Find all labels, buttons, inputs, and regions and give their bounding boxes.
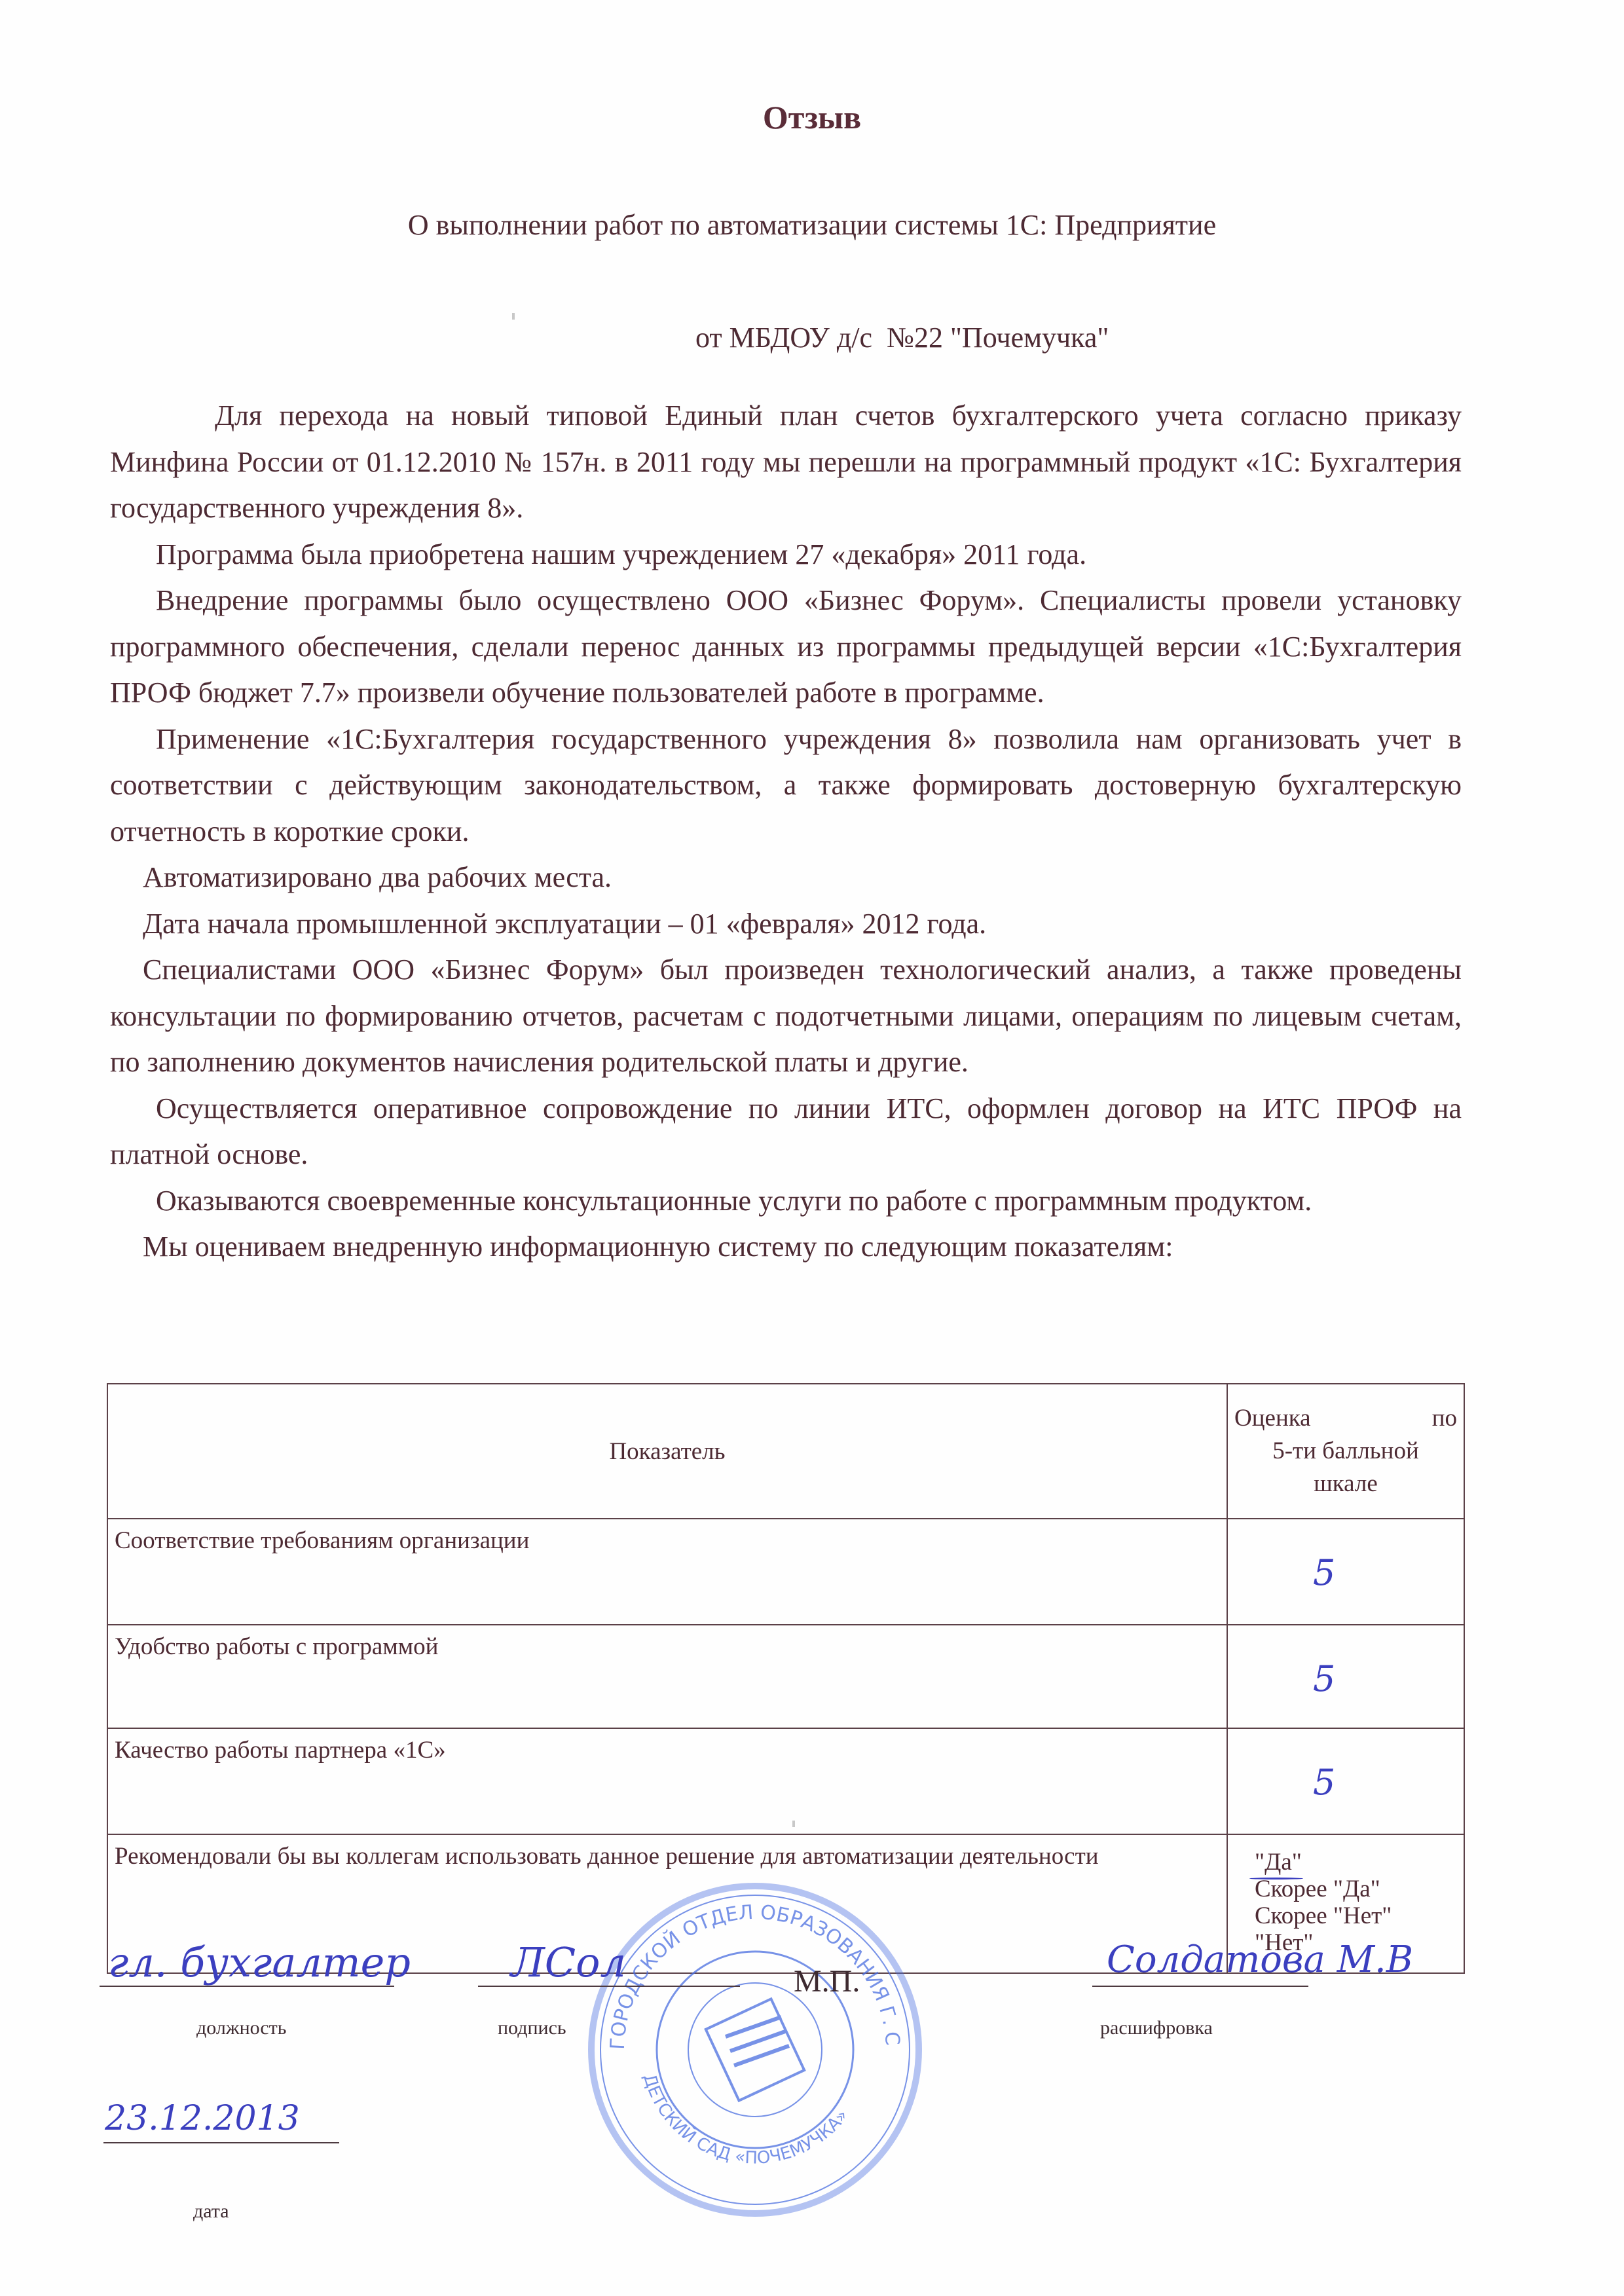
paragraph: Программа была приобретена нашим учрежде… (110, 532, 1462, 578)
document-title: Отзыв (0, 98, 1624, 136)
paragraph: Для перехода на новый типовой Единый пла… (110, 393, 1462, 532)
date-label: дата (193, 2200, 229, 2223)
score-cell: 5 (1227, 1519, 1464, 1625)
header-rating: Оценка по 5-ти балльной шкале (1227, 1384, 1464, 1519)
paragraph: Применение «1С:Бухгалтерия государственн… (110, 716, 1462, 855)
paragraph: Мы оцениваем внедренную информационную с… (110, 1224, 1462, 1270)
signature-handwritten: ЛСол (511, 1938, 626, 1986)
name-handwritten: Солдатова М.В (1107, 1938, 1413, 1981)
date-handwritten: 23.12.2013 (105, 2099, 300, 2138)
handwritten-score: 5 (1313, 1762, 1335, 1803)
paragraph: Оказываются своевременные консультационн… (110, 1178, 1462, 1225)
table-row: Соответствие требованиям организации 5 (107, 1519, 1464, 1625)
document-page: Отзыв О выполнении работ по автоматизаци… (0, 0, 1624, 2296)
indicator-label: Качество работы партнера «1С» (107, 1728, 1227, 1834)
indicator-label: Соответствие требованиям организации (107, 1519, 1227, 1625)
name-label: расшифровка (1100, 2017, 1213, 2039)
position-label: должность (196, 2017, 286, 2039)
scan-speck (512, 313, 515, 320)
paragraph: Автоматизировано два рабочих места. (110, 855, 1462, 901)
stamp-place-label: М.П. (794, 1963, 860, 1999)
stamp-seal-icon: ГОРОДСКОЙ ОТДЕЛ ОБРАЗОВАНИЯ Г. САЯНОГОРС… (585, 1879, 925, 2220)
table-header-row: Показатель Оценка по 5-ти балльной шкале (107, 1384, 1464, 1519)
score-cell: 5 (1227, 1625, 1464, 1728)
indicator-label: Удобство работы с программой (107, 1625, 1227, 1728)
paragraph: Специалистами ООО «Бизнес Форум» был про… (110, 947, 1462, 1086)
paragraph: Осуществляется оперативное сопровождение… (110, 1086, 1462, 1178)
date-line (103, 2142, 339, 2143)
table-row: Качество работы партнера «1С» 5 (107, 1728, 1464, 1834)
svg-text:ДЕТСКИЙ САД «ПОЧЕМУЧКА»: ДЕТСКИЙ САД «ПОЧЕМУЧКА» (639, 2071, 852, 2168)
name-line (1092, 1986, 1308, 1987)
score-cell: 5 (1227, 1728, 1464, 1834)
handwritten-score: 5 (1313, 1658, 1335, 1699)
paragraph: Дата начала промышленной эксплуатации – … (110, 901, 1462, 948)
paragraph: Внедрение программы было осуществлено ОО… (110, 578, 1462, 716)
header-indicator: Показатель (107, 1384, 1227, 1519)
table-row: Удобство работы с программой 5 (107, 1625, 1464, 1728)
option-selected: "Да" (1255, 1849, 1302, 1876)
option: Скорее "Нет" (1255, 1902, 1463, 1929)
document-body: Для перехода на новый типовой Единый пла… (110, 393, 1462, 1270)
signature-line (478, 1986, 740, 1987)
handwritten-score: 5 (1313, 1552, 1335, 1593)
scan-speck (792, 1821, 795, 1827)
document-subtitle: О выполнении работ по автоматизации сист… (0, 208, 1624, 242)
position-handwritten: гл. бухгалтер (108, 1938, 411, 1986)
option: Скорее "Да" (1255, 1876, 1463, 1902)
position-line (100, 1986, 394, 1987)
document-from: от МБДОУ д/с №22 "Почемучка" (695, 321, 1109, 354)
signature-label: подпись (498, 2017, 566, 2039)
